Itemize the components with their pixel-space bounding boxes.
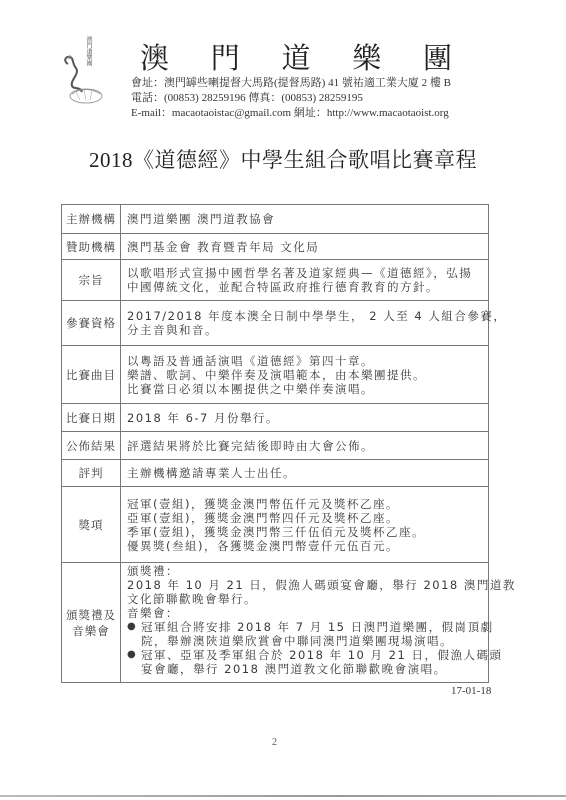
page-number: 2 [272,737,277,748]
label-line: 頒獎禮及 [66,607,116,623]
row-label: 贊助機構 [62,234,121,260]
value-line: 文化節聯歡晚會舉行。 [127,592,482,606]
row-value: 2017/2018 年度本澳全日制中學學生， 2 人至 4 人組合參賽， 分主音… [121,301,489,346]
email-website: E-mail：macaotaoistac@gmail.com 網址：http:/… [131,106,531,121]
phone-fax: 電話：(00853) 28259196 傳真：(00853) 28259195 [131,91,531,106]
org-name-char: 道 [281,36,310,77]
bullet-item: ● 冠軍組合將安排 2018 年 7 月 15 日澳門道樂團，假崗頂劇 院，舉辦… [127,620,482,648]
row-value: 以粵語及普通話演唱《道德經》第四十章。 樂譜、歌詞、中樂伴奏及演唱範本，由本樂團… [121,346,489,404]
value-line: 澳門基金會 教育暨青年局 文化局 [127,240,482,254]
value-line: 中國傳統文化，並配合特區政府推行德育教育的方針。 [127,280,482,294]
value-line: 比賽當日必須以本團提供之中樂伴奏演唱。 [127,382,482,396]
row-label: 參賽資格 [62,301,121,346]
value-line: 冠軍、亞軍及季軍組合於 2018 年 10 月 21 日，假漁人碼頭 [141,648,502,662]
row-value: 澳門道樂團 澳門道教協會 [121,205,489,234]
ceremony-heading: 頒獎禮： [127,564,482,578]
org-logo: 澳門道樂團 [62,28,108,108]
row-value: 以歌唱形式宣揚中國哲學名著及道家經典—《道德經》，弘揚 中國傳統文化，並配合特區… [121,260,489,301]
concert-heading: 音樂會： [127,606,482,620]
table-row: 參賽資格 2017/2018 年度本澳全日制中學學生， 2 人至 4 人組合參賽… [62,301,489,346]
table-row: 主辦機構 澳門道樂團 澳門道教協會 [62,205,489,234]
org-name-char: 樂 [352,36,381,77]
row-value: 主辦機構邀請專業人士出任。 [121,460,489,487]
document-date-code: 17-01-18 [451,685,491,697]
value-line: 評選結果將於比賽完結後即時由大會公佈。 [127,439,482,453]
table-row: 獎項 冠軍(壹組)，獲獎金澳門幣伍仟元及獎杯乙座。 亞軍(壹組)，獲獎金澳門幣四… [62,487,489,563]
value-line: 優異獎(叁組)，各獲獎金澳門幣壹仟元伍百元。 [127,539,482,553]
value-line: 2018 年 6-7 月份舉行。 [127,411,482,425]
bullet-icon: ● [127,620,141,648]
value-line: 院，舉辦澳陝道樂欣賞會中聯同澳門道樂團現場演唱。 [141,634,494,648]
value-line: 冠軍組合將安排 2018 年 7 月 15 日澳門道樂團，假崗頂劇 [141,620,494,634]
document-title: 2018《道德經》中學生組合歌唱比賽章程 [0,144,566,174]
address: 會址：澳門罅些喇提督大馬路(提督馬路) 41 號祐適工業大廈 2 樓 B [131,76,531,91]
bullet-item: ● 冠軍、亞軍及季軍組合於 2018 年 10 月 21 日，假漁人碼頭 宴會廳… [127,648,482,676]
table-row: 頒獎禮及 音樂會 頒獎禮： 2018 年 10 月 21 日，假漁人碼頭宴會廳，… [62,563,489,683]
value-line: 分主音與和音。 [127,323,482,337]
row-label: 公佈結果 [62,432,121,460]
bullet-icon: ● [127,648,141,676]
row-value: 冠軍(壹組)，獲獎金澳門幣伍仟元及獎杯乙座。 亞軍(壹組)，獲獎金澳門幣四仟元及… [121,487,489,563]
value-line: 宴會廳，舉行 2018 澳門道教文化節聯歡晚會演唱。 [141,662,502,676]
org-name-char: 澳 [140,36,169,77]
table-row: 評判 主辦機構邀請專業人士出任。 [62,460,489,487]
row-label: 主辦機構 [62,205,121,234]
value-line: 澳門道樂團 澳門道教協會 [127,212,482,226]
row-value: 頒獎禮： 2018 年 10 月 21 日，假漁人碼頭宴會廳，舉行 2018 澳… [121,563,489,683]
row-label: 比賽曲目 [62,346,121,404]
row-label: 頒獎禮及 音樂會 [62,563,121,683]
contact-info: 會址：澳門罅些喇提督大馬路(提督馬路) 41 號祐適工業大廈 2 樓 B 電話：… [131,76,531,121]
value-line: 亞軍(壹組)，獲獎金澳門幣四仟元及獎杯乙座。 [127,511,482,525]
value-line: 2017/2018 年度本澳全日制中學學生， 2 人至 4 人組合參賽， [127,309,482,323]
row-label: 獎項 [62,487,121,563]
row-value: 評選結果將於比賽完結後即時由大會公佈。 [121,432,489,460]
label-line: 音樂會 [66,623,116,639]
table-row: 贊助機構 澳門基金會 教育暨青年局 文化局 [62,234,489,260]
row-value: 澳門基金會 教育暨青年局 文化局 [121,234,489,260]
value-line: 冠軍(壹組)，獲獎金澳門幣伍仟元及獎杯乙座。 [127,497,482,511]
scan-edge-line [0,795,566,797]
value-line: 以粵語及普通話演唱《道德經》第四十章。 [127,354,482,368]
table-row: 公佈結果 評選結果將於比賽完結後即時由大會公佈。 [62,432,489,460]
table-row: 比賽日期 2018 年 6-7 月份舉行。 [62,404,489,432]
table-row: 宗旨 以歌唱形式宣揚中國哲學名著及道家經典—《道德經》，弘揚 中國傳統文化，並配… [62,260,489,301]
value-line: 2018 年 10 月 21 日，假漁人碼頭宴會廳，舉行 2018 澳門道教 [127,578,482,592]
row-label: 宗旨 [62,260,121,301]
row-value: 2018 年 6-7 月份舉行。 [121,404,489,432]
table-row: 比賽曲目 以粵語及普通話演唱《道德經》第四十章。 樂譜、歌詞、中樂伴奏及演唱範本… [62,346,489,404]
org-name-char: 團 [423,36,452,77]
value-line: 樂譜、歌詞、中樂伴奏及演唱範本，由本樂團提供。 [127,368,482,382]
value-line: 主辦機構邀請專業人士出任。 [127,466,482,480]
row-label: 評判 [62,460,121,487]
logo-vertical-text: 澳門道樂團 [84,36,92,66]
value-line: 以歌唱形式宣揚中國哲學名著及道家經典—《道德經》，弘揚 [127,266,482,280]
org-name: 澳 門 道 樂 團 [140,38,452,74]
row-label: 比賽日期 [62,404,121,432]
org-name-char: 門 [211,36,240,77]
value-line: 季軍(壹組)，獲獎金澳門幣三仟伍佰元及獎杯乙座。 [127,525,482,539]
competition-rules-table: 主辦機構 澳門道樂團 澳門道教協會 贊助機構 澳門基金會 教育暨青年局 文化局 … [61,204,489,683]
